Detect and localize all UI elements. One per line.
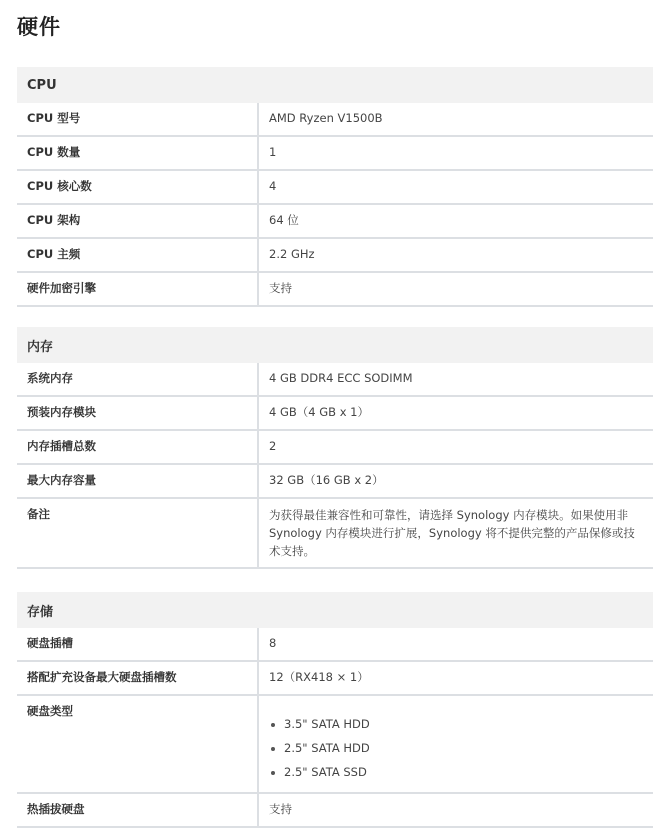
table-row: 预装内存模块 4 GB（4 GB x 1） (17, 396, 653, 430)
spec-value-list: 3.5" SATA HDD 2.5" SATA HDD 2.5" SATA SS… (258, 695, 653, 793)
spec-value: 2.2 GHz (258, 238, 653, 272)
spec-label: 系统内存 (17, 363, 258, 396)
spec-value: AMD Ryzen V1500B (258, 103, 653, 136)
spec-value: 4 GB DDR4 ECC SODIMM (258, 363, 653, 396)
drive-type-list: 3.5" SATA HDD 2.5" SATA HDD 2.5" SATA SS… (269, 712, 643, 784)
table-row: 搭配扩充设备最大硬盘插槽数 12（RX418 × 1） (17, 661, 653, 695)
spec-label: 硬盘插槽 (17, 628, 258, 661)
spec-label: 硬盘类型 (17, 695, 258, 793)
spec-label: 内存插槽总数 (17, 430, 258, 464)
section-title: 存储 (17, 592, 653, 628)
spec-label: CPU 核心数 (17, 170, 258, 204)
spec-note: 为获得最佳兼容性和可靠性，请选择 Synology 内存模块。如果使用非 Syn… (258, 498, 653, 568)
spec-value: 32 GB（16 GB x 2） (258, 464, 653, 498)
table-row: 硬盘类型 3.5" SATA HDD 2.5" SATA HDD 2.5" SA… (17, 695, 653, 793)
spec-label: 最大内存容量 (17, 464, 258, 498)
table-row: 硬件加密引擎 支持 (17, 272, 653, 306)
table-row: 最大内存容量 32 GB（16 GB x 2） (17, 464, 653, 498)
spec-label: CPU 型号 (17, 103, 258, 136)
spec-label: CPU 主频 (17, 238, 258, 272)
list-item: 3.5" SATA HDD (269, 712, 643, 736)
spec-label: 热插拔硬盘 (17, 793, 258, 815)
spec-label: 备注 (17, 498, 258, 568)
section-header-cpu: CPU (17, 67, 653, 103)
storage-spec-table: 存储 硬盘插槽 8 搭配扩充设备最大硬盘插槽数 12（RX418 × 1） 硬盘… (17, 592, 653, 815)
section-title: CPU (17, 67, 653, 103)
table-row: CPU 主频 2.2 GHz (17, 238, 653, 272)
table-row: CPU 数量 1 (17, 136, 653, 170)
spec-value: 支持 (258, 272, 653, 306)
spec-label: 硬件加密引擎 (17, 272, 258, 306)
spec-label: CPU 架构 (17, 204, 258, 238)
table-row: 备注 为获得最佳兼容性和可靠性，请选择 Synology 内存模块。如果使用非 … (17, 498, 653, 568)
page-title: 硬件 (17, 11, 61, 41)
section-title: 内存 (17, 327, 653, 363)
table-row: 系统内存 4 GB DDR4 ECC SODIMM (17, 363, 653, 396)
memory-spec-table: 内存 系统内存 4 GB DDR4 ECC SODIMM 预装内存模块 4 GB… (17, 327, 653, 569)
spec-value: 2 (258, 430, 653, 464)
table-row: 内存插槽总数 2 (17, 430, 653, 464)
spec-value: 8 (258, 628, 653, 661)
spec-label: 预装内存模块 (17, 396, 258, 430)
cpu-spec-table: CPU CPU 型号 AMD Ryzen V1500B CPU 数量 1 CPU… (17, 67, 653, 307)
section-header-storage: 存储 (17, 592, 653, 628)
spec-value: 支持 (258, 793, 653, 815)
table-row: CPU 核心数 4 (17, 170, 653, 204)
table-row: 热插拔硬盘 支持 (17, 793, 653, 815)
spec-label: CPU 数量 (17, 136, 258, 170)
spec-label: 搭配扩充设备最大硬盘插槽数 (17, 661, 258, 695)
table-row: CPU 架构 64 位 (17, 204, 653, 238)
list-item: 2.5" SATA HDD (269, 736, 643, 760)
spec-value: 4 (258, 170, 653, 204)
list-item: 2.5" SATA SSD (269, 760, 643, 784)
table-row: CPU 型号 AMD Ryzen V1500B (17, 103, 653, 136)
table-row: 硬盘插槽 8 (17, 628, 653, 661)
spec-value: 1 (258, 136, 653, 170)
spec-value: 4 GB（4 GB x 1） (258, 396, 653, 430)
spec-value: 12（RX418 × 1） (258, 661, 653, 695)
section-header-memory: 内存 (17, 327, 653, 363)
spec-value: 64 位 (258, 204, 653, 238)
